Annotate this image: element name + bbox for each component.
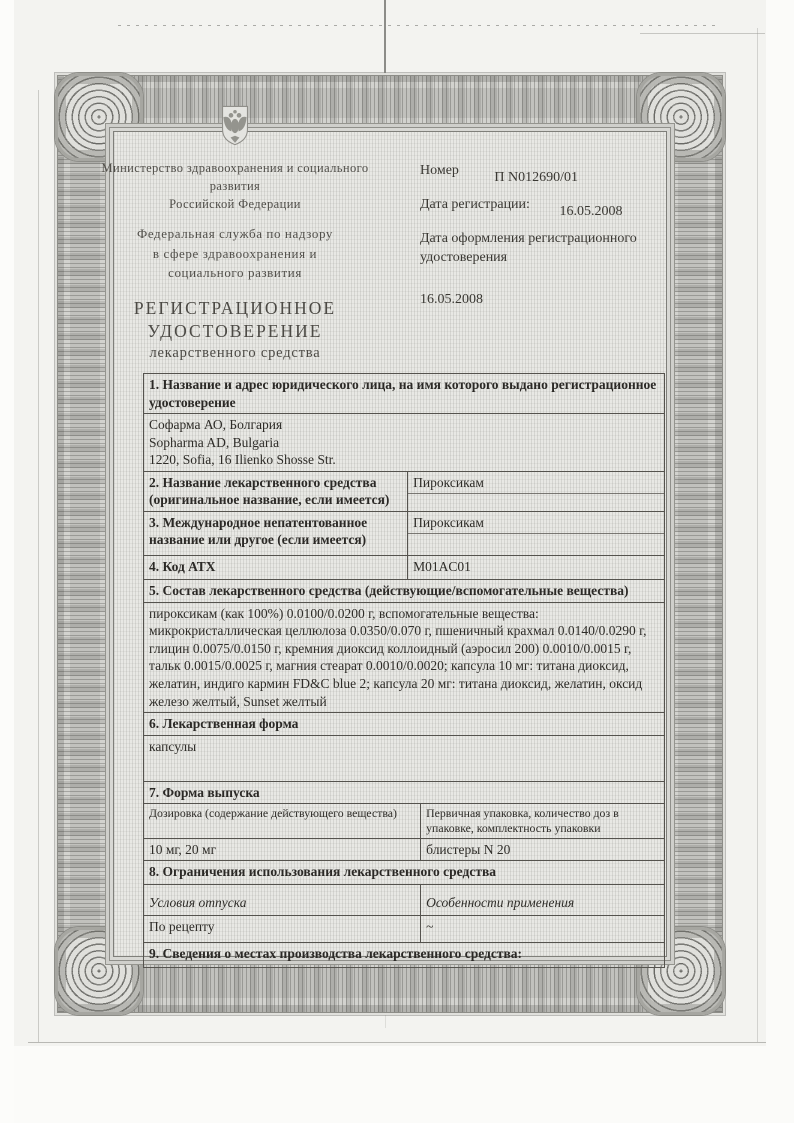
federal-service-name: Федеральная служба по надзору в сфере зд… [90,224,380,283]
registration-date: 16.05.2008 [559,203,622,222]
section-4-label: 4. Код АТХ [144,556,408,579]
table-row-4: 4. Код АТХ M01AC01 [144,556,664,580]
certificate: Министерство здравоохранения и социально… [58,76,722,1012]
table-row-8-title: 8. Ограничения использования лекарственн… [144,861,664,885]
holder-name-address: Софарма АО, Болгария Sopharma AD, Bulgar… [144,414,664,471]
issue-date-label: Дата оформления регистрационного удостов… [420,230,692,268]
document-title-line1: РЕГИСТРАЦИОННОЕ [90,297,380,320]
trade-name: Пироксикам [408,472,664,495]
section-8-title: 8. Ограничения использования лекарственн… [144,861,664,884]
table-row-1-title: 1. Название и адрес юридического лица, н… [144,374,664,414]
table-row-2: 2. Название лекарственного средства (ори… [144,472,664,512]
table-row-6-title: 6. Лекарственная форма [144,713,664,736]
inn-name: Пироксикам [408,512,664,535]
packaging-value: блистеры N 20 [421,839,664,861]
section-5-title: 5. Состав лекарственного средства (дейст… [144,580,664,602]
application-features-label: Особенности применения [421,885,664,915]
dosage-value: 10 мг, 20 мг [144,839,421,861]
registration-details-block: Номер П N012690/01 Дата регистрации: 16.… [420,162,692,309]
section-6-title: 6. Лекарственная форма [144,713,664,735]
certificate-table: 1. Название и адрес юридического лица, н… [143,373,665,968]
section-3-label: 3. Международное непатентованное названи… [144,512,408,555]
packaging-column-header: Первичная упаковка, количество доз в упа… [421,804,664,837]
document-subtitle: лекарственного средства [90,345,380,362]
table-row-3: 3. Международное непатентованное названи… [144,512,664,556]
dosage-column-header: Дозировка (содержание действующего вещес… [144,804,421,837]
table-row-7-headers: Дозировка (содержание действующего вещес… [144,804,664,838]
table-row-1-value: Софарма АО, Болгария Sopharma AD, Bulgar… [144,414,664,472]
issuing-authority-block: Министерство здравоохранения и социально… [90,104,380,362]
registration-date-label: Дата регистрации: [420,197,530,212]
number-label: Номер [420,163,459,178]
table-row-5-title: 5. Состав лекарственного средства (дейст… [144,580,664,603]
table-row-7-values: 10 мг, 20 мг блистеры N 20 [144,839,664,862]
russian-coat-of-arms-icon [219,104,251,153]
dispensing-conditions-value: По рецепту [144,916,421,942]
table-row-5-value: пироксикам (как 100%) 0.0100/0.0200 г, в… [144,603,664,713]
table-row-7-title: 7. Форма выпуска [144,782,664,805]
dispensing-conditions-label: Условия отпуска [144,885,421,915]
table-row-8-values: По рецепту ~ [144,916,664,943]
dosage-form: капсулы [144,736,664,781]
section-9-title: 9. Сведения о местах производства лекарс… [144,943,664,967]
document-title-line2: УДОСТОВЕРЕНИЕ [90,320,380,343]
application-features-value: ~ [421,916,664,942]
registration-number: П N012690/01 [494,169,578,188]
ministry-name: Министерство здравоохранения и социально… [90,159,380,213]
section-2-label: 2. Название лекарственного средства (ори… [144,472,408,511]
scanner-margin [0,0,14,1123]
table-row-9-title: 9. Сведения о местах производства лекарс… [144,943,664,967]
table-row-6-value: капсулы [144,736,664,782]
atc-code: M01AC01 [408,556,664,579]
issue-date: 16.05.2008 [420,291,692,310]
section-1-title: 1. Название и адрес юридического лица, н… [144,374,664,413]
composition-text: пироксикам (как 100%) 0.0100/0.0200 г, в… [144,603,664,712]
section-7-title: 7. Форма выпуска [144,782,664,804]
table-row-8-headers: Условия отпуска Особенности применения [144,885,664,916]
